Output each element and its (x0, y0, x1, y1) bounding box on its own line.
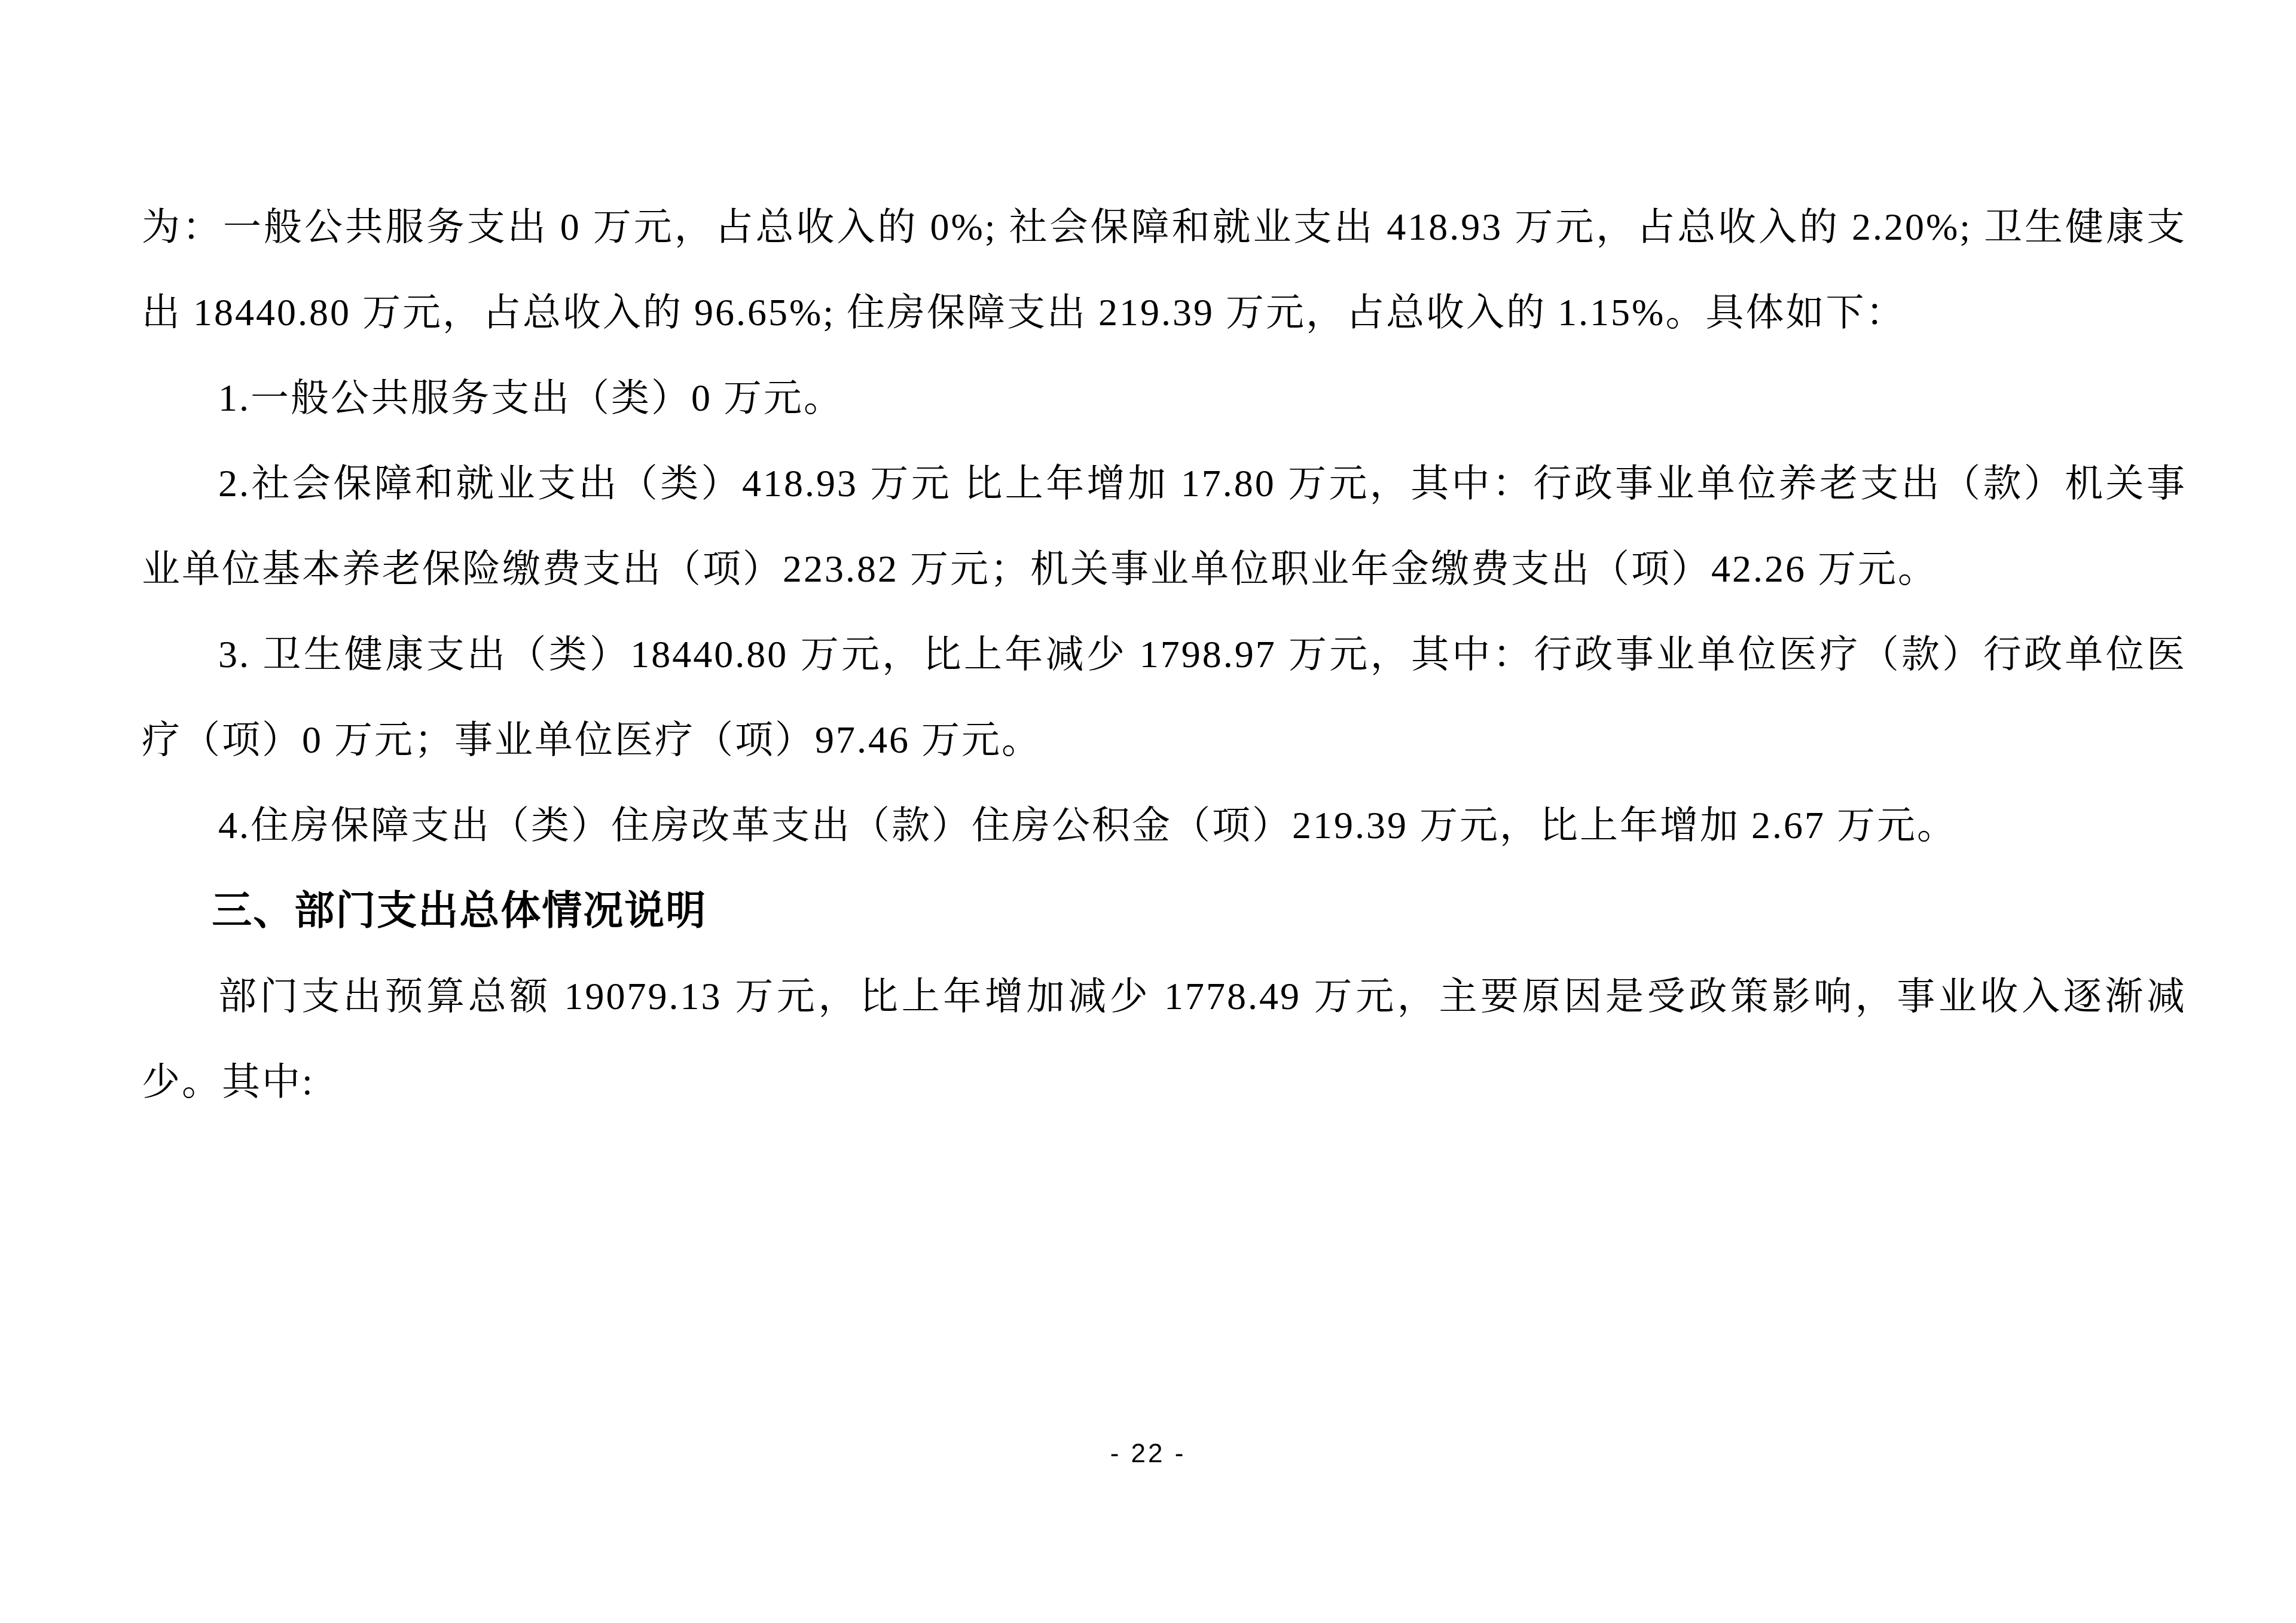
paragraph-item-1: 1.一般公共服务支出（类）0 万元。 (142, 355, 2187, 441)
page-number: - 22 - (0, 1439, 2296, 1469)
paragraph-closing: 部门支出预算总额 19079.13 万元，比上年增加减少 1778.49 万元，… (142, 953, 2187, 1124)
paragraph-item-4: 4.住房保障支出（类）住房改革支出（款）住房公积金（项）219.39 万元，比上… (142, 783, 2187, 868)
paragraph-intro: 为：一般公共服务支出 0 万元，占总收入的 0%; 社会保障和就业支出 418.… (142, 184, 2187, 355)
section-heading: 三、部门支出总体情况说明 (142, 868, 2187, 953)
document-body: 为：一般公共服务支出 0 万元，占总收入的 0%; 社会保障和就业支出 418.… (142, 184, 2187, 1124)
document-page: 为：一般公共服务支出 0 万元，占总收入的 0%; 社会保障和就业支出 418.… (0, 0, 2296, 1623)
paragraph-item-3: 3. 卫生健康支出（类）18440.80 万元，比上年减少 1798.97 万元… (142, 612, 2187, 783)
paragraph-item-2: 2.社会保障和就业支出（类）418.93 万元 比上年增加 17.80 万元，其… (142, 441, 2187, 612)
